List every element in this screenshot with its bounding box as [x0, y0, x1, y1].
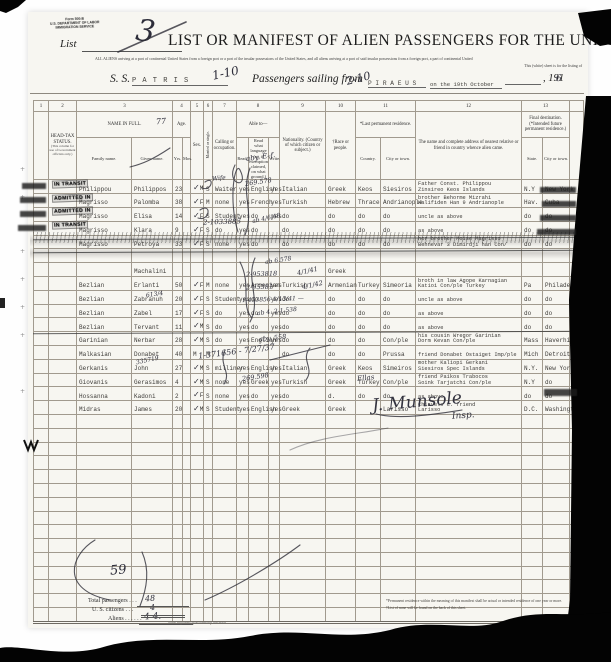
cell: milliner: [213, 359, 237, 373]
cell: [381, 566, 416, 580]
cell: [213, 594, 237, 608]
cell: [34, 483, 49, 497]
cell: [249, 497, 269, 511]
col-able: Able to—: [237, 112, 280, 138]
table-row: [34, 456, 584, 470]
cell: do: [543, 373, 570, 387]
cell: [543, 470, 570, 484]
table-row: [34, 470, 584, 484]
cell: S: [204, 318, 213, 332]
cell: [522, 483, 543, 497]
cell: Kadoni: [132, 387, 173, 401]
cell: [543, 414, 570, 428]
cell: [77, 428, 132, 442]
cell: [49, 470, 77, 484]
col-sex: Sex.: [191, 112, 204, 180]
cell: do: [326, 207, 356, 221]
cell: [213, 263, 237, 277]
cell: friend Donabet Ostaiget Imp/ple: [416, 345, 522, 359]
cell: ✓M: [191, 318, 204, 332]
cell: [356, 566, 381, 580]
cell: [280, 580, 326, 594]
cell: John: [132, 359, 173, 373]
cell: [34, 511, 49, 525]
cell: do: [543, 207, 570, 221]
col-destination: Final destination. (*Intended future per…: [522, 112, 570, 138]
cell: [570, 318, 584, 332]
sailing-prefix: Passengers sailing from: [252, 73, 363, 85]
cell: [269, 511, 280, 525]
cell: ✓F: [191, 276, 204, 290]
cell: [49, 276, 77, 290]
cell: [173, 456, 183, 470]
cell: [249, 594, 269, 608]
cell: [416, 552, 522, 566]
cell: [34, 359, 49, 373]
cell: [204, 414, 213, 428]
cell: [49, 456, 77, 470]
cell: [522, 456, 543, 470]
cell: Machalini: [132, 263, 173, 277]
cell: Tervant: [132, 318, 173, 332]
table-row: [34, 539, 584, 553]
cell: friend Paikos TrabocosSoink Tarjatchi Co…: [416, 373, 522, 387]
cell: [543, 497, 570, 511]
cell: [326, 483, 356, 497]
cell: yes: [237, 318, 249, 332]
cell: [269, 594, 280, 608]
cell: ✓M: [191, 373, 204, 387]
cell: yes: [237, 304, 249, 318]
cell: [249, 345, 269, 359]
cell: do: [543, 318, 570, 332]
cell: [326, 470, 356, 484]
cell: Washington: [543, 401, 570, 415]
cell: Elisa: [132, 207, 173, 221]
cell: Student: [213, 401, 237, 415]
cell: [49, 608, 77, 623]
cell: broth in law Agope KarnagianKatioi Con/p…: [416, 276, 522, 290]
cell: [183, 304, 191, 318]
form-number-stamp: Form 500-B U.S. DEPARTMENT OF LABOR IMMI…: [50, 16, 100, 30]
cell: [416, 580, 522, 594]
cell: [237, 539, 249, 553]
cell: [326, 552, 356, 566]
cell: yes: [237, 207, 249, 221]
cell: [356, 483, 381, 497]
cell: [49, 566, 77, 580]
subtitle-right: This (white) sheet is for the listing of: [428, 64, 582, 68]
handwritten-annotation: +: [20, 388, 25, 395]
cell: [249, 539, 269, 553]
cell: [280, 414, 326, 428]
cell: [183, 290, 191, 304]
cell: [34, 345, 49, 359]
cell: [570, 580, 584, 594]
cell: Philippos: [132, 180, 173, 194]
cell: do: [280, 207, 326, 221]
handwritten-check: ✓: [193, 363, 200, 372]
sailing-date: on the 19th October: [430, 81, 502, 89]
cell: [191, 442, 204, 456]
cell: [280, 428, 326, 442]
cell: [237, 442, 249, 456]
cell: [49, 539, 77, 553]
cell: Donabet: [132, 345, 173, 359]
cell: [249, 525, 269, 539]
cell: Con/ple: [381, 373, 416, 387]
cell: [204, 497, 213, 511]
cell: [416, 263, 522, 277]
table-row: MidrasJames20✓MSStudentyesEnglishyesGree…: [34, 401, 584, 415]
cell: [381, 456, 416, 470]
cell: [34, 497, 49, 511]
cell: [570, 539, 584, 553]
cell: [381, 511, 416, 525]
cell: Simeiros: [381, 359, 416, 373]
cell: Father Const. PhilippouZinsireo Keos Isl…: [416, 180, 522, 194]
cell: [269, 525, 280, 539]
cell: [326, 442, 356, 456]
cell: uncle as above: [416, 207, 522, 221]
cell: [49, 318, 77, 332]
cell: Andrianople: [381, 194, 416, 208]
cell: S: [204, 207, 213, 221]
cell: 38: [173, 194, 183, 208]
cell: D.C.: [522, 401, 543, 415]
cell: do: [326, 304, 356, 318]
cell: English: [249, 332, 269, 346]
cell: N.Y.: [522, 359, 543, 373]
cell: [213, 483, 237, 497]
cell: [77, 511, 132, 525]
cell: Keos: [356, 180, 381, 194]
cell: [249, 580, 269, 594]
list-underline: [82, 51, 182, 52]
cell: [183, 511, 191, 525]
citizens-rule2: [141, 617, 185, 618]
cell: do: [326, 290, 356, 304]
cell: Zabranuh: [132, 290, 173, 304]
cell: [570, 194, 584, 208]
cell: [34, 539, 49, 553]
cell: [543, 539, 570, 553]
ss-label: S. S.: [110, 73, 130, 85]
cell: [34, 318, 49, 332]
cell: [132, 580, 173, 594]
cell: [280, 470, 326, 484]
cell: [132, 552, 173, 566]
cell: Turkish: [280, 194, 326, 208]
cell: [249, 414, 269, 428]
cell: [570, 566, 584, 580]
cell: [381, 470, 416, 484]
cell: Waiter: [213, 180, 237, 194]
cell: [280, 539, 326, 553]
cell: [183, 263, 191, 277]
cell: yes: [237, 194, 249, 208]
cell: [49, 552, 77, 566]
handwritten-check: ✓: [193, 280, 200, 289]
cell: [269, 580, 280, 594]
cell: [77, 552, 132, 566]
cell: French: [249, 194, 269, 208]
cell: [173, 497, 183, 511]
handwritten-annotation: +: [20, 166, 25, 173]
cell: [237, 511, 249, 525]
cell: mother Kaliopi GerkaniSiesiros Spec Isla…: [416, 359, 522, 373]
table-row: [34, 497, 584, 511]
cell: [381, 483, 416, 497]
cell: [191, 263, 204, 277]
cell: [381, 539, 416, 553]
cell: yes: [269, 373, 280, 387]
cell: [280, 566, 326, 580]
cell: do: [356, 332, 381, 346]
cell: [280, 442, 326, 456]
cell: [191, 497, 204, 511]
cell: do: [381, 207, 416, 221]
cell: [191, 594, 204, 608]
cell: [204, 552, 213, 566]
cell: [543, 580, 570, 594]
col-headtax: HEAD-TAX STATUS.(This column for use of …: [49, 112, 77, 180]
cell: yes: [237, 276, 249, 290]
cell: Student: [213, 290, 237, 304]
handwritten-check: ✓: [193, 377, 200, 386]
cell: 40: [173, 345, 183, 359]
cell: [356, 594, 381, 608]
cell: Greek: [249, 373, 269, 387]
cell: yes: [269, 304, 280, 318]
cell: [269, 497, 280, 511]
cell: d.: [326, 387, 356, 401]
cell: [522, 470, 543, 484]
us-citizens-label: U. S. citizens . . .: [92, 607, 133, 613]
cell: 27: [173, 359, 183, 373]
cell: Cuba: [543, 194, 570, 208]
cell: [522, 525, 543, 539]
cell: [237, 470, 249, 484]
cell: do: [280, 387, 326, 401]
cell: yes: [269, 290, 280, 304]
cell: [416, 497, 522, 511]
cell: [543, 428, 570, 442]
cell: [183, 207, 191, 221]
cell: Palomba: [132, 194, 173, 208]
cell: do: [249, 290, 269, 304]
cell: [204, 511, 213, 525]
cell: ✓M: [191, 401, 204, 415]
cell: [173, 414, 183, 428]
cell: [173, 552, 183, 566]
table-row: MachaliniGreek: [34, 263, 584, 277]
inspector-title: Insp.: [452, 410, 475, 422]
handwritten-annotation: +: [20, 194, 25, 201]
cell: [570, 345, 584, 359]
cell: yes: [237, 290, 249, 304]
total-rule: [137, 606, 189, 607]
cell: [237, 483, 249, 497]
cell: Bezlian: [77, 318, 132, 332]
handwritten-check: ✓: [193, 183, 200, 192]
cell: New York: [543, 359, 570, 373]
cell: [213, 580, 237, 594]
cell: [213, 511, 237, 525]
cell: [183, 428, 191, 442]
cell: [416, 483, 522, 497]
col-age: Age.: [173, 112, 191, 138]
cell: [237, 552, 249, 566]
cell: [249, 470, 269, 484]
ship-name: P A T R I S: [132, 77, 228, 86]
cell: [269, 414, 280, 428]
cell: Hav.: [522, 194, 543, 208]
cell: [356, 414, 381, 428]
cell: [173, 483, 183, 497]
cell: [269, 539, 280, 553]
table-row: BezlianErlanti50✓FMnoneyesArmenianyesTur…: [34, 276, 584, 290]
cell: [34, 552, 49, 566]
cell: [356, 580, 381, 594]
cell: [49, 580, 77, 594]
cell: [237, 263, 249, 277]
cell: [237, 608, 249, 623]
cell: Student: [213, 207, 237, 221]
cell: [132, 428, 173, 442]
cell: Bezlian: [77, 304, 132, 318]
cell: Pa: [522, 276, 543, 290]
cell: S: [204, 359, 213, 373]
cell: [237, 414, 249, 428]
cell: [570, 456, 584, 470]
cell: [132, 539, 173, 553]
cell: [269, 608, 280, 623]
cell: [34, 566, 49, 580]
cell: [237, 428, 249, 442]
cell: [183, 552, 191, 566]
handwritten-annotation: +: [20, 332, 25, 339]
cell: [34, 525, 49, 539]
hatch-crossout: [33, 232, 583, 243]
cell: [183, 359, 191, 373]
col-relative: The name and complete address of nearest…: [416, 112, 522, 180]
table-row: MagrissoPalomba38✓FMnoneyesFrenchyesTurk…: [34, 194, 584, 208]
cell: none: [213, 194, 237, 208]
cell: [522, 580, 543, 594]
cell: [191, 511, 204, 525]
cell: [34, 387, 49, 401]
cell: do: [326, 345, 356, 359]
cell: [570, 483, 584, 497]
cell: [356, 552, 381, 566]
cell: [269, 442, 280, 456]
cell: Mich: [522, 345, 543, 359]
citizens-rule: [141, 615, 185, 616]
cell: Detroit: [543, 345, 570, 359]
cell: [77, 483, 132, 497]
cell: Thrace: [356, 194, 381, 208]
cell: N.Y: [522, 180, 543, 194]
cell: [416, 566, 522, 580]
cell: [77, 263, 132, 277]
cell: [34, 194, 49, 208]
cell: [183, 387, 191, 401]
cell: [49, 263, 77, 277]
cell: as above: [416, 318, 522, 332]
handwritten-check: ✓: [193, 294, 200, 303]
handwritten-annotation: +: [20, 276, 25, 283]
total-passengers-label: Total passengers . . .: [88, 598, 137, 604]
col-calling: Calling or occupation.: [213, 112, 237, 180]
footnote-list: †List of none will be found on the back …: [386, 606, 602, 611]
cell: [249, 442, 269, 456]
cell: yes: [269, 276, 280, 290]
cell: [34, 470, 49, 484]
cell: yes: [237, 401, 249, 415]
cell: S: [204, 304, 213, 318]
cell: [570, 525, 584, 539]
cell: [326, 594, 356, 608]
cell: Mass: [522, 332, 543, 346]
cell: yes: [269, 401, 280, 415]
cell: [191, 525, 204, 539]
cell: [183, 318, 191, 332]
cell: [77, 470, 132, 484]
cell: do: [543, 304, 570, 318]
cell: [49, 414, 77, 428]
cell: [326, 414, 356, 428]
cell: as above: [416, 304, 522, 318]
cell: Greek: [326, 263, 356, 277]
table-header: 12 34 56 78 910 1112 13 HEAD-TAX STATUS.…: [34, 101, 584, 180]
cell: [77, 580, 132, 594]
cell: Keos: [356, 359, 381, 373]
handwritten-check: ✓: [193, 390, 200, 399]
cell: do: [249, 387, 269, 401]
cell: [132, 442, 173, 456]
cell: [570, 470, 584, 484]
cell: [570, 497, 584, 511]
cell: [269, 456, 280, 470]
cell: [356, 497, 381, 511]
cell: [213, 525, 237, 539]
aliens-label: Aliens . . . . . .: [108, 616, 142, 622]
cell: [34, 401, 49, 415]
cell: [249, 456, 269, 470]
cell: [381, 497, 416, 511]
cell: [356, 456, 381, 470]
cell: [280, 594, 326, 608]
cell: [269, 428, 280, 442]
table-row: BezlianTervant11✓MSdoyesdoyesdodododoas …: [34, 318, 584, 332]
cell: James: [132, 401, 173, 415]
cell: [34, 580, 49, 594]
cell: Philadelphia: [543, 276, 570, 290]
table-row: MagrissoElisa14✓FSStudentyesdoyesdododod…: [34, 207, 584, 221]
cell: do: [381, 290, 416, 304]
cell: [280, 608, 326, 623]
cell: [326, 580, 356, 594]
cell: [204, 594, 213, 608]
cell: [269, 483, 280, 497]
cell: [132, 511, 173, 525]
cell: [173, 263, 183, 277]
table-row: [34, 566, 584, 580]
admission-stamp: ADMITTED IN: [52, 206, 93, 215]
cell: [416, 470, 522, 484]
cell: [570, 414, 584, 428]
